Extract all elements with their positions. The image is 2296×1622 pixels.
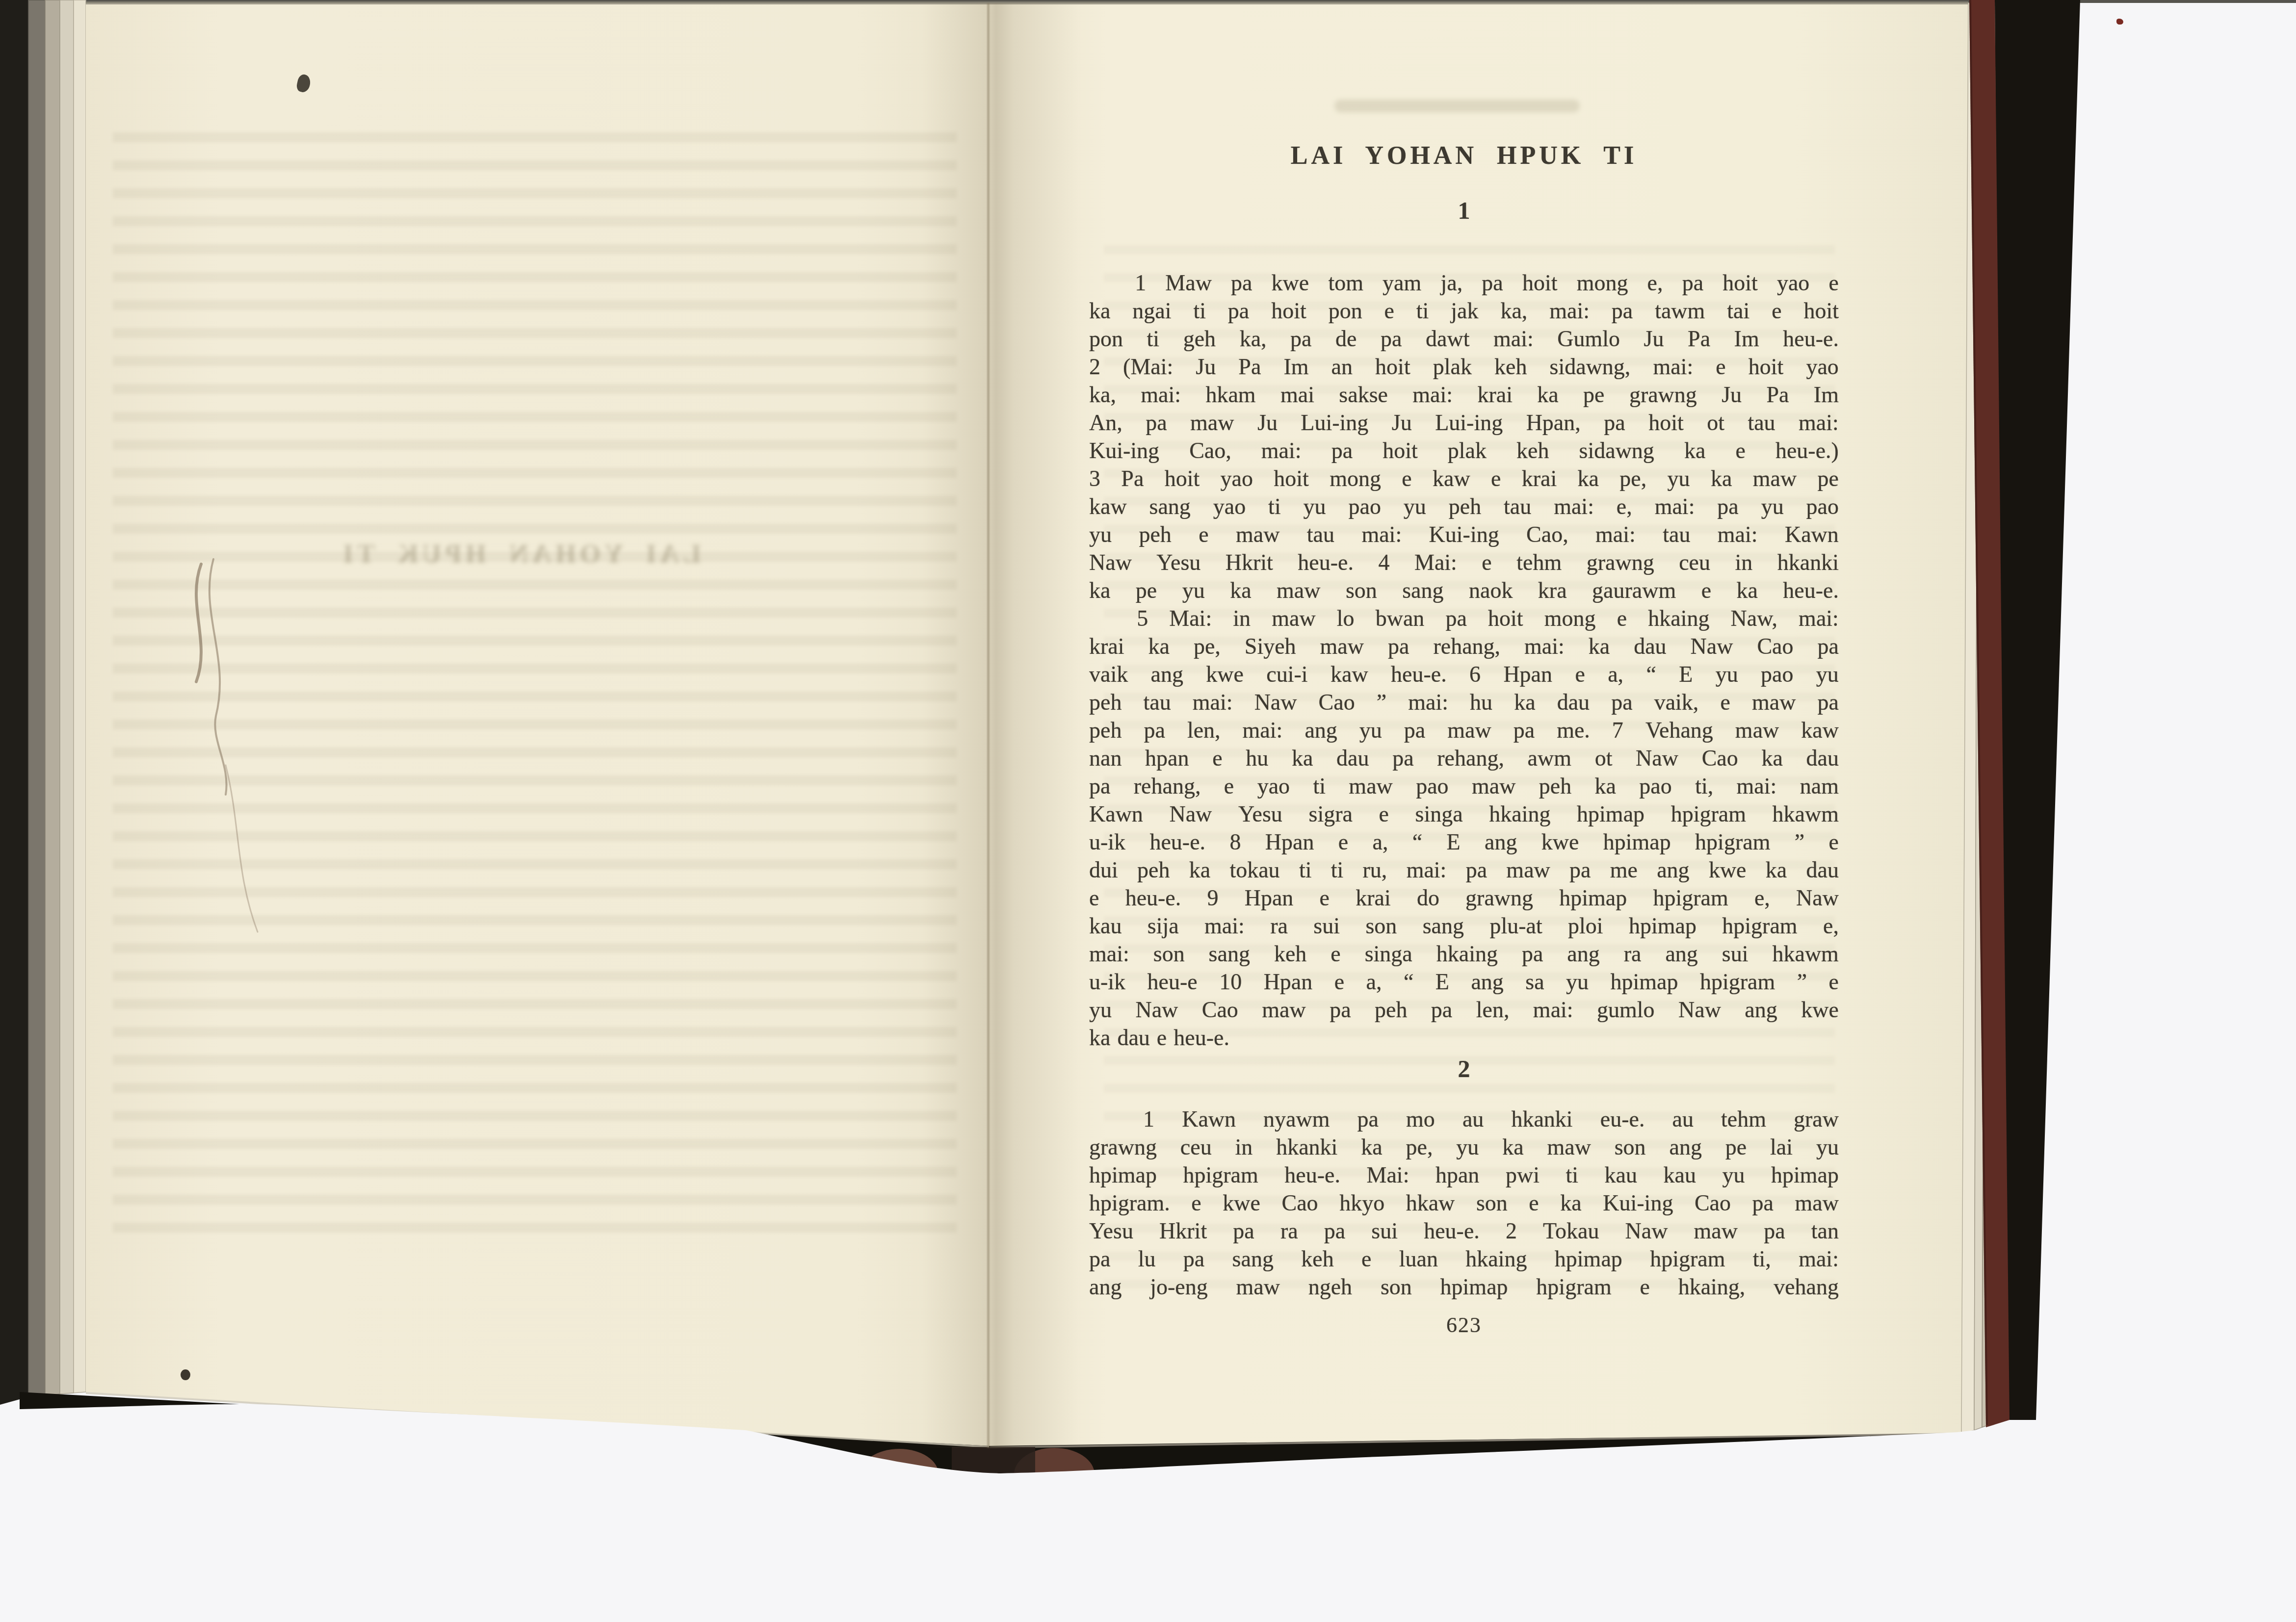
text-line: Kui-ingCao,mai:pahoitplakkehsidawngkaehe… xyxy=(1089,437,1839,464)
text-line: grawngceuinhkankikape,yukamawsonangpelai… xyxy=(1089,1133,1839,1161)
bleed-through-header-line xyxy=(1334,100,1580,112)
text-line: 2(Mai:JuPaImanhoitplakkehsidawng,mai:eho… xyxy=(1089,353,1839,381)
text-line: 5Mai:inmawlobwanpahoitmongehkaingNaw,mai… xyxy=(1089,604,1839,632)
text-line: yuNawCaomawpapehpalen,mai:gumloNawangkwe xyxy=(1089,996,1839,1024)
text-line: kraikape,Siyehmawparehang,mai:kadauNawCa… xyxy=(1089,632,1839,660)
text-line: duipehkatokautitiru,mai:pamawpameangkwek… xyxy=(1089,856,1839,884)
chapter-2-number: 2 xyxy=(1089,1055,1839,1083)
chapter-1-number: 1 xyxy=(1089,196,1839,225)
text-line: KawnNawYesusigraesingahkainghpimaphpigra… xyxy=(1089,800,1839,828)
page-number: 623 xyxy=(1089,1313,1839,1338)
pen-scribble xyxy=(167,530,294,971)
left-cover-edge xyxy=(0,0,28,1405)
page-title: LAI YOHAN HPUK TI xyxy=(1089,141,1839,170)
red-speck xyxy=(2116,19,2123,25)
text-line: vaikangkwecui-ikawheu-e.6Hpanea,“Eyupaoy… xyxy=(1089,660,1839,688)
text-line: 1Mawpakwetomyamja,pahoitmonge,pahoityaoe xyxy=(1089,269,1839,297)
text-line: palupasangkeheluanhkainghpimaphpigramti,… xyxy=(1089,1245,1839,1273)
text-line: An,pamawJuLui-ingJuLui-ingHpan,pahoitott… xyxy=(1089,409,1839,437)
text-line: YesuHkritparapasuiheu-e.2TokauNawmawpata… xyxy=(1089,1217,1839,1245)
text-line: kawsangyaotiyupaoyupehtaumai:e,mai:payup… xyxy=(1089,492,1839,520)
text-line: mai:sonsangkehesingahkaingpaangraangsuih… xyxy=(1089,940,1839,968)
gutter-fold-line xyxy=(987,3,990,1448)
text-line: NawYesuHkritheu-e.4Mai:etehmgrawngceuinh… xyxy=(1089,548,1839,576)
chapter-1-paragraph-2: 5Mai:inmawlobwanpahoitmongehkaingNaw,mai… xyxy=(1089,604,1839,1052)
text-line: hpimaphpigramheu-e.Mai:hpanpwitikaukauyu… xyxy=(1089,1161,1839,1189)
text-line: nanhpanehukadauparehang,awmotNawCaokadau xyxy=(1089,744,1839,772)
text-line: angjo-engmawngehsonhpimaphpigramehkaing,… xyxy=(1089,1273,1839,1301)
text-line: u-ikheu-e10Hpanea,“Eangsayuhpimaphpigram… xyxy=(1089,968,1839,996)
text-line: 3Pahoityaohoitmongekawekraikape,yukamawp… xyxy=(1089,464,1839,492)
text-line: pontigehka,padepadawtmai:GumloJuPaImheu-… xyxy=(1089,325,1839,353)
text-line: 1Kawnnyawmpamoauhkankieu-e.autehmgraw xyxy=(1089,1105,1839,1133)
text-line: hpigram.ekweCaohkyohkawsonekaKui-ingCaop… xyxy=(1089,1189,1839,1217)
bleed-through-mirrored-title: LAI YOHAN HPUK TI xyxy=(275,539,765,569)
text-line: pehpalen,mai:angyupamawpame.7Vehangmawka… xyxy=(1089,716,1839,744)
text-line: parehang,eyaotimawpaomawpehkapaoti,mai:n… xyxy=(1089,772,1839,800)
text-line: eheu-e.9Hpanekraidograwnghpimaphpigrame,… xyxy=(1089,884,1839,912)
chapter-2-paragraph-1: 1Kawnnyawmpamoauhkankieu-e.autehmgrawgra… xyxy=(1089,1105,1839,1301)
scanned-book-page: LAI YOHAN HPUK TI LAI YOHAN HPUK TI 1 1M… xyxy=(0,0,2296,1622)
text-line: kangaitipahoitponetijakka,mai:patawmtaie… xyxy=(1089,297,1839,325)
text-line: pehtaumai:NawCao”mai:hukadaupavaik,emawp… xyxy=(1089,688,1839,716)
right-cover-black xyxy=(1995,0,2080,1420)
text-line: yupehemawtaumai:Kui-ingCao,mai:taumai:Ka… xyxy=(1089,520,1839,548)
text-line: kapeyukamawsonsangnaokkragaurawmekaheu-e… xyxy=(1089,576,1839,604)
chapter-1-paragraph-1: 1Mawpakwetomyamja,pahoitmonge,pahoityaoe… xyxy=(1089,269,1839,604)
text-line: u-ikheu-e.8Hpanea,“Eangkwehpimaphpigram”… xyxy=(1089,828,1839,856)
ink-blot xyxy=(181,1369,190,1380)
text-line: kadaueheu-e. xyxy=(1089,1024,1839,1052)
text-line: ka,mai:hkammaisaksemai:kraikapegrawngJuP… xyxy=(1089,381,1839,409)
text-line: kausijamai:rasuisonsangplu-atploihpimaph… xyxy=(1089,912,1839,940)
